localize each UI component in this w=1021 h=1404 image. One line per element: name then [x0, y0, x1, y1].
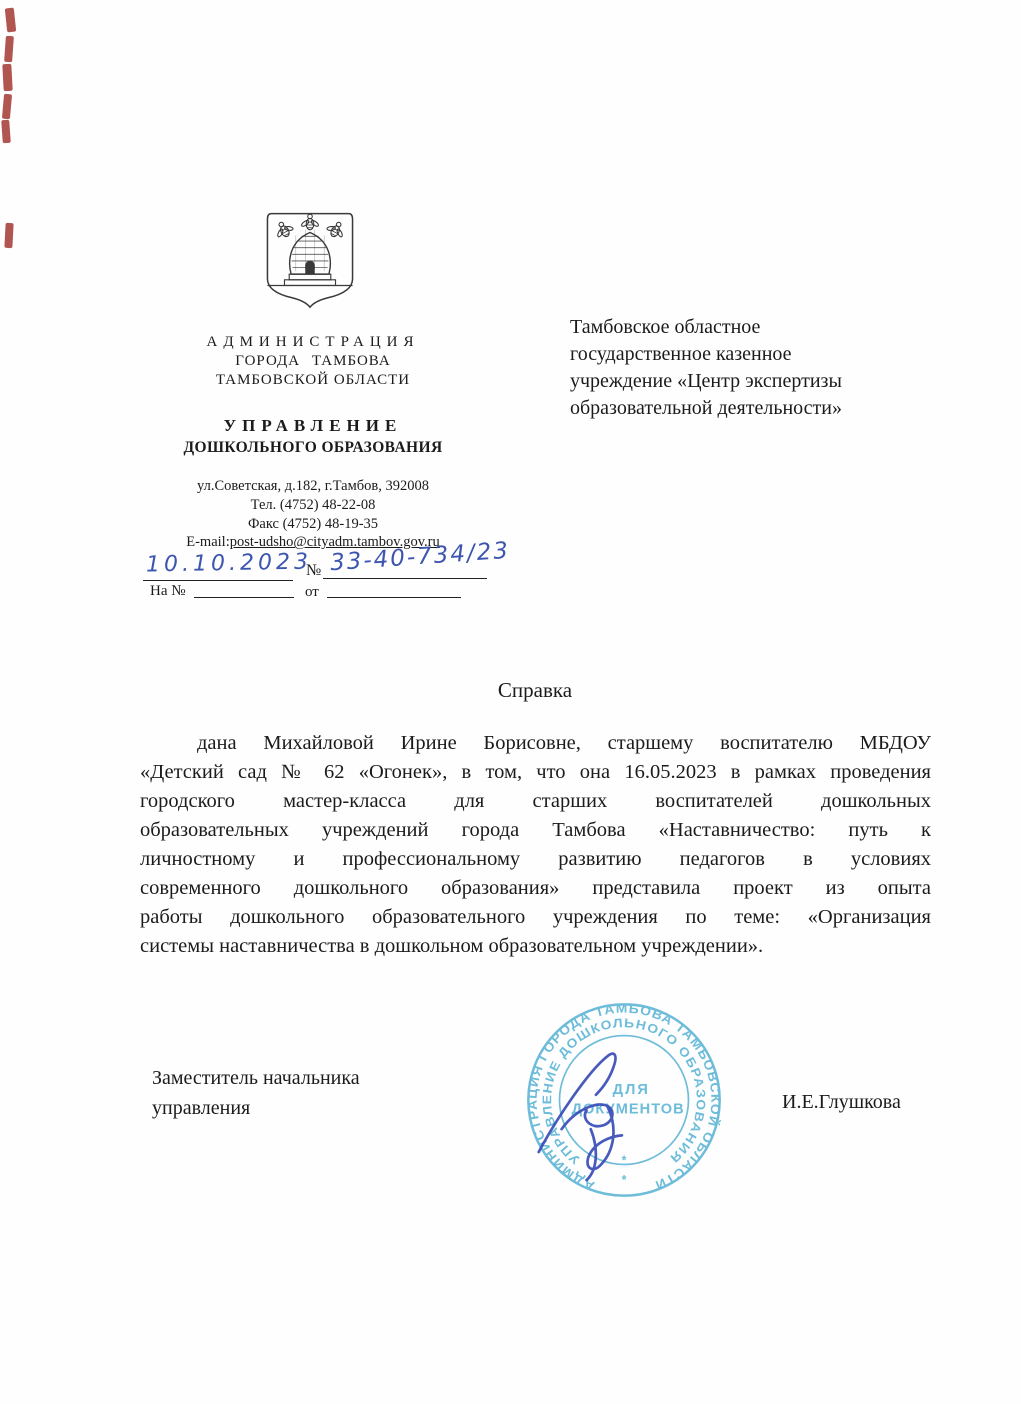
- department-line2: ДОШКОЛЬНОГО ОБРАЗОВАНИЯ: [148, 439, 478, 457]
- body-line: образовательных учреждений города Тамбов…: [140, 816, 931, 845]
- body-line: системы наставничества в дошкольном обра…: [140, 932, 931, 961]
- body-paragraph: дана Михайловой Ирине Борисовне, старшем…: [140, 729, 931, 961]
- scanned-letter-page: АДМИНИСТРАЦИЯ ГОРОДА ТАМБОВА ТАМБОВСКОЙ …: [0, 0, 1021, 1404]
- reply-from-underline: [327, 597, 461, 598]
- official-round-stamp: АДМИНИСТРАЦИЯ ГОРОДА ТАМБОВА ТАМБОВСКОЙ …: [520, 996, 728, 1204]
- number-underline: [323, 578, 487, 579]
- scan-artifact: [5, 8, 16, 33]
- department-line1: УПРАВЛЕНИЕ: [148, 416, 478, 436]
- department-block: УПРАВЛЕНИЕ ДОШКОЛЬНОГО ОБРАЗОВАНИЯ: [148, 416, 478, 457]
- handwritten-date: 10.10.2023: [146, 550, 312, 578]
- stamp-center-line1: ДЛЯ: [613, 1082, 650, 1098]
- recipient-line4: образовательной деятельности»: [570, 395, 930, 422]
- signer-position-line2: управления: [152, 1093, 472, 1123]
- tambov-coat-of-arms: [258, 207, 362, 311]
- fax-line: Факс (4752) 48-19-35: [148, 515, 478, 534]
- number-sign-label: №: [306, 562, 321, 580]
- scan-artifact: [4, 36, 14, 62]
- body-line: городского мастер-класса для старших вос…: [140, 787, 931, 816]
- address-line: ул.Советская, д.182, г.Тамбов, 392008: [148, 477, 478, 496]
- phone-line: Тел. (4752) 48-22-08: [148, 496, 478, 515]
- reply-number-label: На №: [150, 583, 186, 600]
- org-name-block: АДМИНИСТРАЦИЯ ГОРОДА ТАМБОВА ТАМБОВСКОЙ …: [148, 333, 478, 390]
- org-name-line2: ГОРОДА ТАМБОВА: [148, 352, 478, 371]
- org-name-line1: АДМИНИСТРАЦИЯ: [148, 333, 478, 352]
- body-line: «Детский сад № 62 «Огонек», в том, что о…: [140, 758, 931, 787]
- contacts-block: ул.Советская, д.182, г.Тамбов, 392008 Те…: [148, 477, 478, 552]
- date-underline: [143, 580, 293, 581]
- scan-artifact: [4, 223, 13, 248]
- signer-name: И.Е.Глушкова: [782, 1091, 942, 1114]
- stamp-center-line2: ДОКУМЕНТОВ: [572, 1102, 685, 1118]
- recipient-line3: учреждение «Центр экспертизы: [570, 368, 930, 395]
- reply-from-label: от: [305, 584, 319, 601]
- scan-artifact: [1, 120, 11, 144]
- recipient-line2: государственное казенное: [570, 341, 930, 368]
- document-title: Справка: [140, 678, 930, 703]
- org-name-line3: ТАМБОВСКОЙ ОБЛАСТИ: [148, 371, 478, 390]
- stamp-star-separator: *: [622, 1173, 627, 1187]
- body-line: современного дошкольного образования» пр…: [140, 874, 931, 903]
- body-line: дана Михайловой Ирине Борисовне, старшем…: [140, 729, 931, 758]
- recipient-block: Тамбовское областное государственное каз…: [570, 314, 930, 422]
- reply-number-underline: [194, 597, 294, 598]
- recipient-line1: Тамбовское областное: [570, 314, 930, 341]
- body-line: работы дошкольного образовательного учре…: [140, 903, 931, 932]
- signer-position-line1: Заместитель начальника: [152, 1063, 472, 1093]
- body-line: личностному и профессиональному развитию…: [140, 845, 931, 874]
- scan-artifact: [2, 94, 12, 120]
- stamp-star-separator: *: [622, 1153, 627, 1167]
- signer-position: Заместитель начальника управления: [152, 1063, 472, 1123]
- email-label: E-mail:: [186, 534, 230, 550]
- scan-artifact: [2, 64, 12, 91]
